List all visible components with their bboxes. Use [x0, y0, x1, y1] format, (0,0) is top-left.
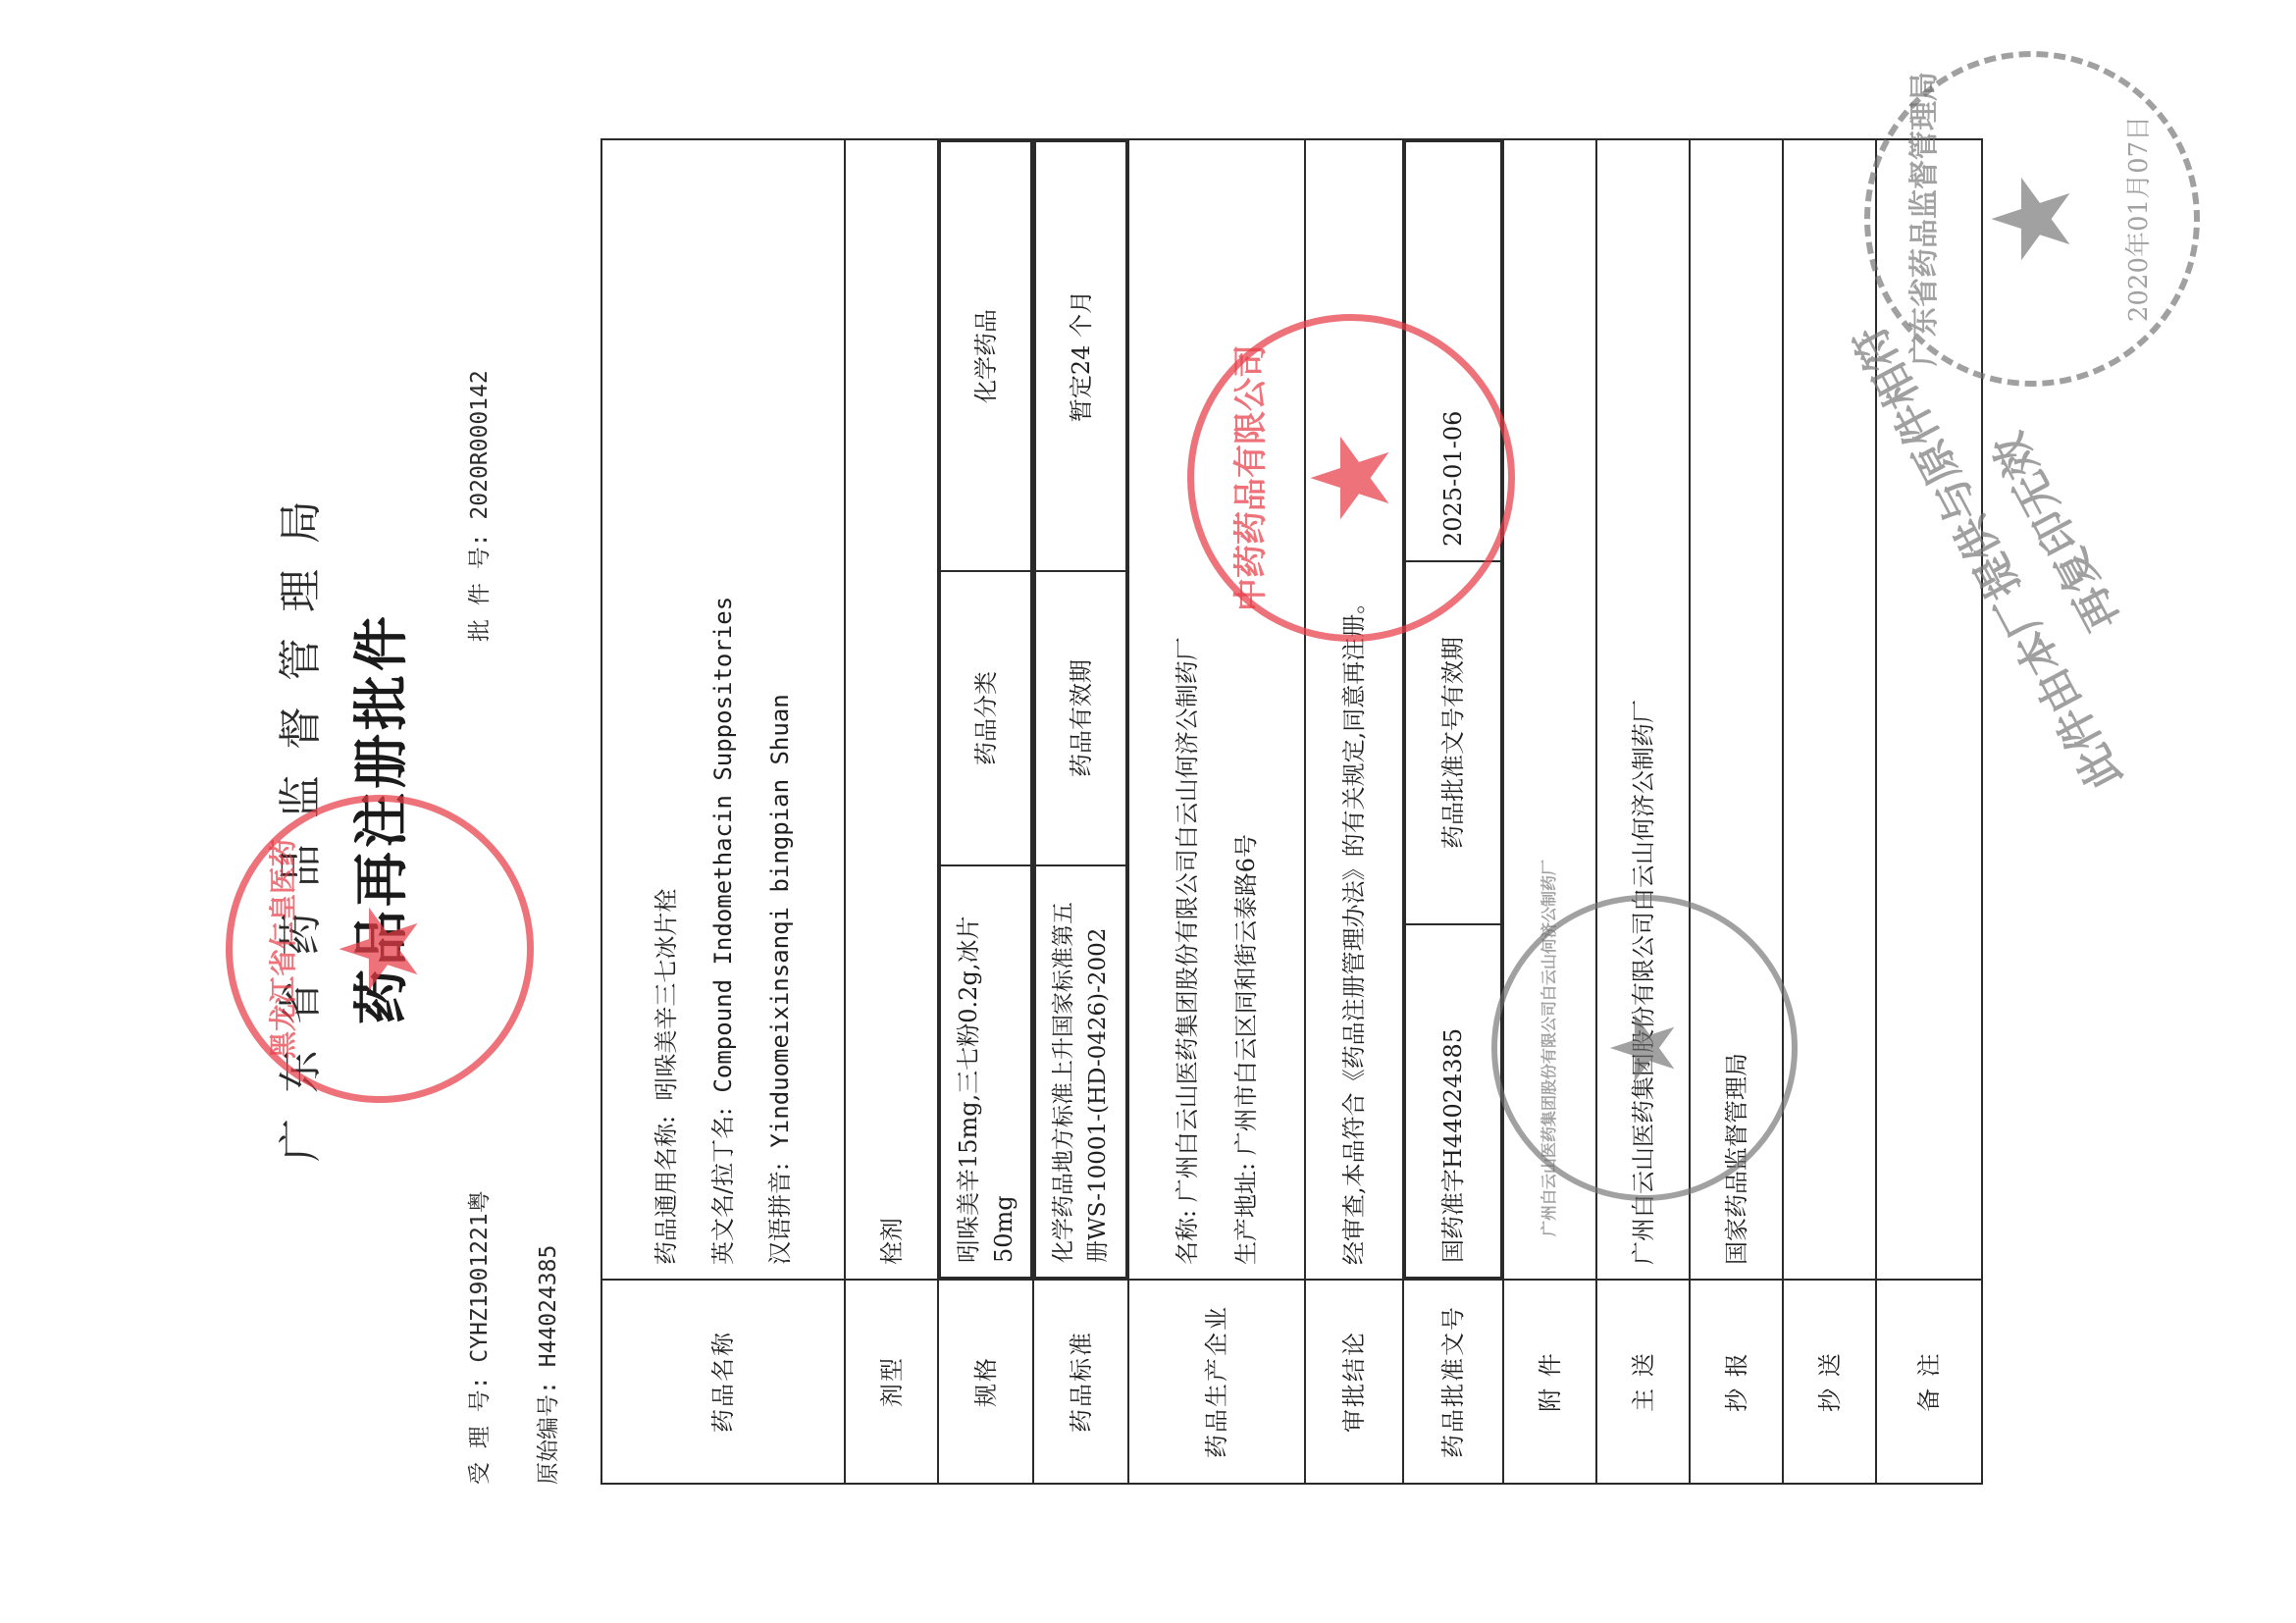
manufacturer-name: 广州白云山医药集团股份有限公司白云山何济公制药厂 — [1174, 637, 1201, 1202]
row-drug-name: 药品名称 药品通用名称: 吲哚美辛三七冰片栓 英文名/拉丁名: Compound… — [601, 139, 845, 1484]
remarks-value — [1876, 139, 1982, 1280]
acceptance-number-line: 受 理 号: CYHZ1901221粤 — [461, 1190, 494, 1485]
drug-name-label: 药品名称 — [601, 1280, 845, 1484]
row-manufacturer: 药品生产企业 名称: 广州白云山医药集团股份有限公司白云山何济公制药厂 生产地址… — [1128, 139, 1305, 1484]
category-value: 化学药品 — [940, 141, 1031, 571]
pinyin-label: 汉语拼音: — [766, 1163, 794, 1265]
row-dosage-form: 剂型 栓剂 — [845, 139, 938, 1484]
specification-value: 吲哚美辛15mg,三七粉0.2g,冰片50mg — [940, 865, 1031, 1278]
star-icon: ★ — [1978, 171, 2086, 268]
issuer-seal-date: 2020年01月07日 — [2118, 116, 2155, 322]
row-specification: 规格 吲哚美辛15mg,三七粉0.2g,冰片50mg 药品分类 化学药品 — [938, 139, 1033, 1484]
original-number-label: 原始编号: — [536, 1381, 561, 1485]
row-attachment: 附 件 — [1503, 139, 1596, 1484]
address-value: 广州市白云区同和街云泰路6号 — [1232, 834, 1260, 1155]
cc-send-label: 抄 送 — [1783, 1280, 1876, 1484]
approval-doc-value: 国药准字H44024385 — [1405, 924, 1501, 1278]
conclusion-value: 经审查,本品符合《药品注册管理办法》的有关规定,同意再注册。 — [1305, 139, 1403, 1280]
approval-number-line: 批 件 号: 2020R000142 — [461, 370, 494, 642]
approval-number: 2020R000142 — [467, 370, 493, 519]
generic-name: 吲哚美辛三七冰片栓 — [652, 889, 680, 1101]
pinyin-name: Yinduomeixinsanqi bingpian Shuan — [766, 694, 794, 1147]
conclusion-label: 审批结论 — [1305, 1280, 1403, 1484]
dosage-form-label: 剂型 — [845, 1280, 938, 1484]
approval-doc-label: 药品批准文号 — [1403, 1280, 1503, 1484]
specification-label: 规格 — [938, 1280, 1033, 1484]
issuer-heading: 广东省药品监督管理局 — [265, 426, 328, 1211]
cc-report-label: 抄 报 — [1690, 1280, 1783, 1484]
document-title: 药品再注册批件 — [339, 426, 417, 1211]
generic-name-label: 药品通用名称: — [652, 1116, 680, 1265]
row-cc-report: 抄 报 国家药品监督管理局 — [1690, 139, 1783, 1484]
row-main-recipient: 主 送 广州白云山医药集团股份有限公司白云山何济公制药厂 — [1596, 139, 1690, 1484]
attachment-label: 附 件 — [1503, 1280, 1596, 1484]
approval-validity-label: 药品批准文号有效期 — [1405, 561, 1501, 924]
approval-number-label: 批 件 号: — [467, 533, 493, 642]
address-label: 生产地址: — [1232, 1163, 1260, 1265]
row-approval-number: 药品批准文号 国药准字H44024385 药品批准文号有效期 2025-01-0… — [1403, 139, 1503, 1484]
attachment-value — [1503, 139, 1596, 1280]
original-number: H44024385 — [536, 1245, 561, 1368]
registration-table: 药品名称 药品通用名称: 吲哚美辛三七冰片栓 英文名/拉丁名: Compound… — [600, 138, 1983, 1485]
standard-label: 药品标准 — [1033, 1280, 1128, 1484]
main-recipient-label: 主 送 — [1596, 1280, 1690, 1484]
remarks-label: 备 注 — [1876, 1280, 1982, 1484]
validity-value: 暂定24 个月 — [1035, 141, 1126, 571]
main-recipient-value: 广州白云山医药集团股份有限公司白云山何济公制药厂 — [1596, 139, 1690, 1280]
validity-label: 药品有效期 — [1035, 571, 1126, 865]
dosage-form-value: 栓剂 — [845, 139, 938, 1280]
acceptance-number-label: 受 理 号: — [467, 1376, 493, 1485]
row-conclusion: 审批结论 经审查,本品符合《药品注册管理办法》的有关规定,同意再注册。 — [1305, 139, 1403, 1484]
cc-report-value: 国家药品监督管理局 — [1690, 139, 1783, 1280]
original-number-line: 原始编号: H44024385 — [530, 1245, 562, 1485]
manufacturer-name-label: 名称: — [1174, 1210, 1201, 1265]
english-name: Compound Indomethacin Suppositories — [709, 597, 737, 1093]
registration-document: 广东省药品监督管理局 药品再注册批件 批 件 号: 2020R000142 原始… — [0, 0, 2296, 1623]
row-standard: 药品标准 化学药品地方标准上升国家标准第五册WS-10001-(HD-0426)… — [1033, 139, 1128, 1484]
english-name-label: 英文名/拉丁名: — [709, 1108, 737, 1265]
drug-name-cell: 药品通用名称: 吲哚美辛三七冰片栓 英文名/拉丁名: Compound Indo… — [601, 139, 845, 1280]
manufacturer-label: 药品生产企业 — [1128, 1280, 1305, 1484]
cc-send-value — [1783, 139, 1876, 1280]
category-label: 药品分类 — [940, 571, 1031, 865]
approval-validity-value: 2025-01-06 — [1405, 141, 1501, 561]
acceptance-number: CYHZ1901221粤 — [467, 1190, 493, 1362]
standard-value: 化学药品地方标准上升国家标准第五册WS-10001-(HD-0426)-2002 — [1035, 865, 1126, 1278]
